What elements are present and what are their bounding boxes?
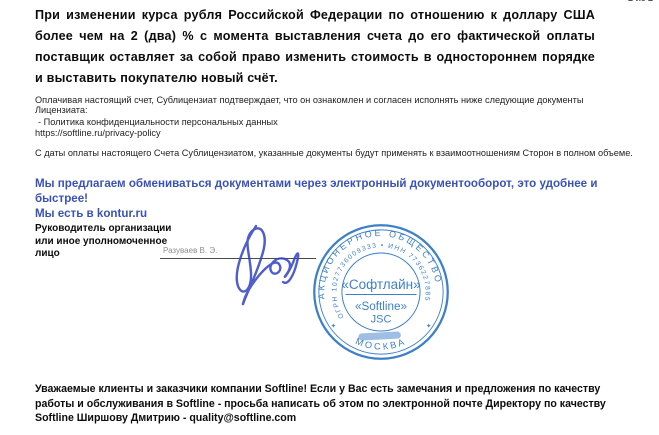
- stamp-company-form: JSC: [371, 314, 392, 326]
- company-stamp: АКЦИОНЕРНОЕ ОБЩЕСТВО ОГРН 1027736009333 …: [310, 221, 452, 363]
- page-number: 2 из 2: [628, 0, 653, 3]
- stamp-star-left-icon: ✦: [331, 323, 336, 330]
- edo-promo-block: Мы предлагаем обмениваться документами ч…: [35, 176, 640, 221]
- policy-list-item: - Политика конфиденциальности персональн…: [38, 117, 278, 127]
- applicability-note: С даты оплаты настоящего Счета Сублиценз…: [35, 148, 635, 158]
- signer-name: Разуваев В. Э.: [163, 246, 217, 255]
- privacy-policy-link[interactable]: https://softline.ru/privacy-policy: [35, 128, 161, 138]
- handwritten-signature-icon: [212, 222, 307, 310]
- stamp-ink-smudge: [358, 331, 401, 340]
- currency-terms-paragraph: При изменении курса рубля Российской Фед…: [35, 5, 595, 89]
- stamp-company-name-en: «Softline»: [355, 300, 408, 313]
- quality-feedback-notice: Уважаемые клиенты и заказчики компании S…: [35, 382, 631, 426]
- document-page: 2 из 2 При изменении курса рубля Российс…: [0, 0, 659, 435]
- edo-promo-line1: Мы предлагаем обмениваться документами ч…: [35, 176, 640, 206]
- stamp-company-name-ru: «Софтлайн»: [341, 277, 420, 292]
- edo-promo-line2: Мы есть в kontur.ru: [35, 206, 640, 221]
- license-intro-text: Оплачивая настоящий счет, Сублицензиат п…: [35, 95, 635, 115]
- stamp-star-right-icon: ✦: [426, 323, 431, 330]
